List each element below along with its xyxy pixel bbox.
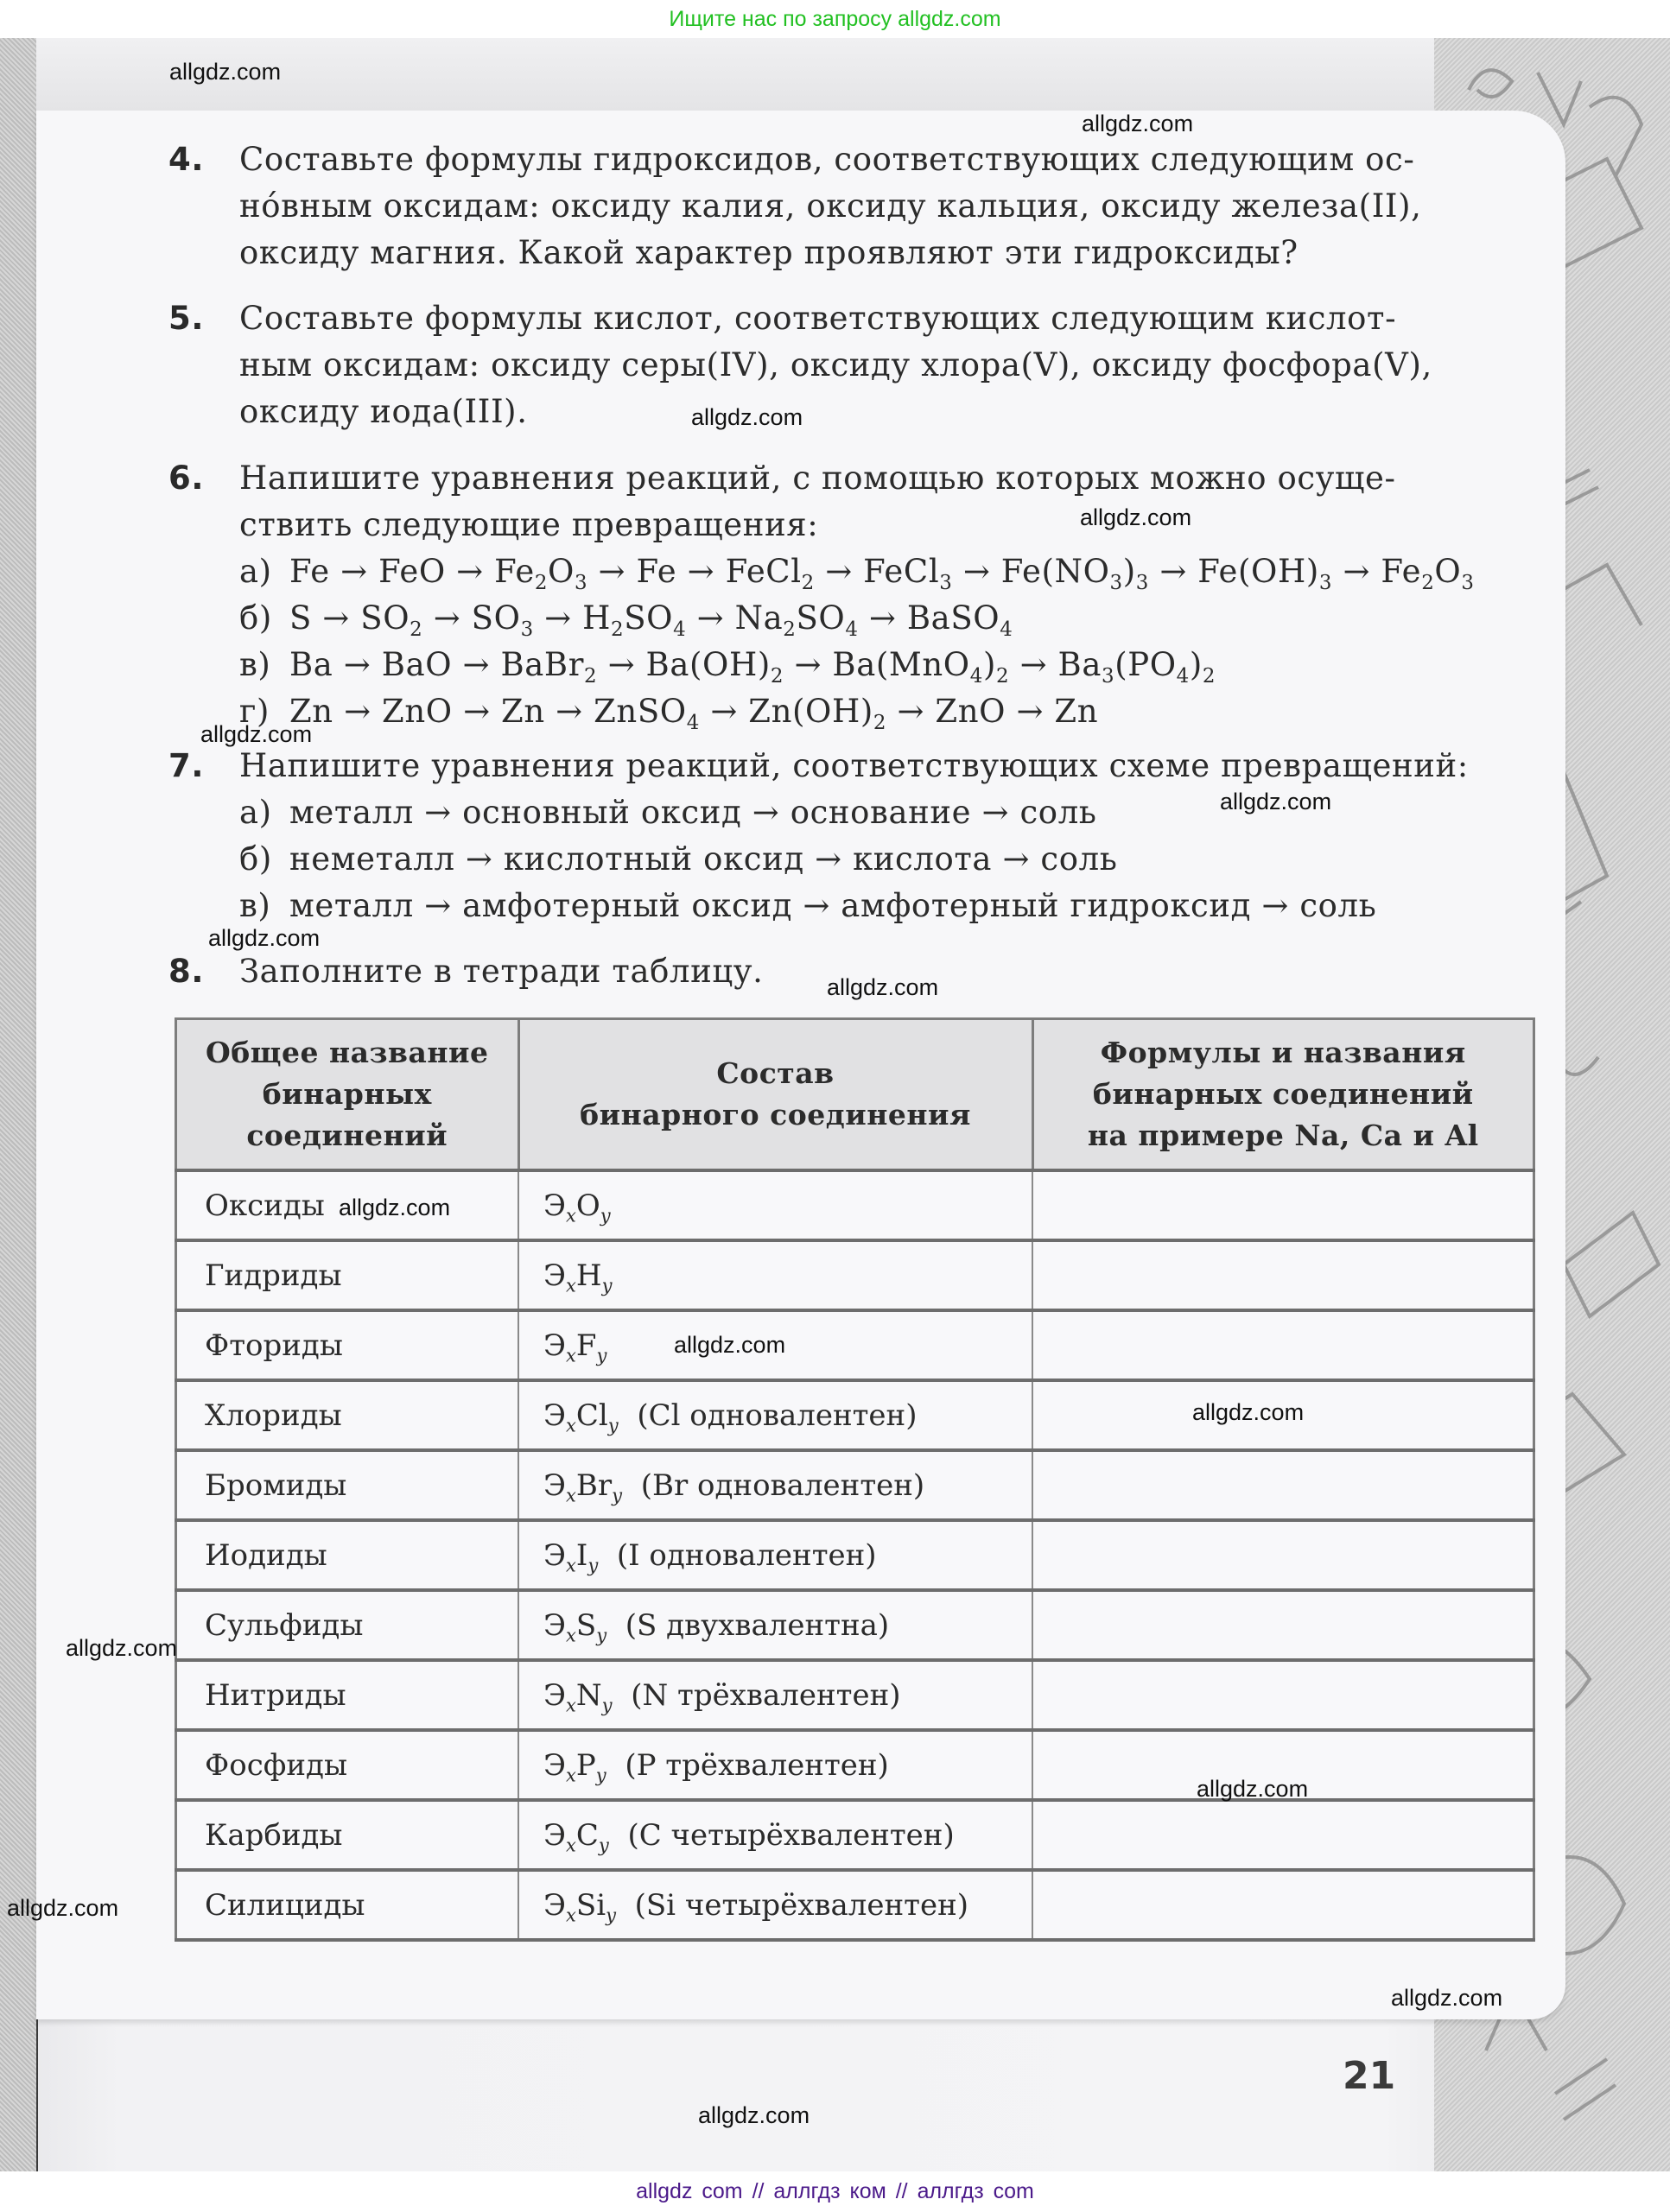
chain-label: а): [239, 548, 289, 595]
watermark: allgdz.com: [1080, 504, 1191, 531]
answer-cell: [1032, 1660, 1534, 1730]
task-text-line: Напишите уравнения реакций, соответствую…: [239, 743, 1542, 789]
top-promo-banner[interactable]: Ищите нас по запросу allgdz.com: [0, 0, 1670, 38]
task-number: 6.: [168, 455, 204, 502]
task-number: 4.: [168, 136, 204, 183]
composition-formula: ЭxPy (P трёхвалентен): [518, 1730, 1032, 1800]
answer-cell: [1032, 1800, 1534, 1870]
composition-formula: ЭxBry (Br одновалентен): [518, 1450, 1032, 1520]
chain-steps: S → SO2 → SO3 → H2SO4 → Na2SO4 → BaSO4: [289, 599, 1013, 637]
chain-item: б)S → SO2 → SO3 → H2SO4 → Na2SO4 → BaSO4: [239, 595, 1542, 642]
chain-steps: Zn → ZnO → Zn → ZnSO4 → Zn(OH)2 → ZnO → …: [289, 693, 1098, 730]
table-row: НитридыЭxNy (N трёхвалентен): [176, 1660, 1534, 1730]
reaction-chains: а)Fe → FeO → Fe2O3 → Fe → FeCl2 → FeCl3 …: [239, 548, 1542, 735]
watermark: allgdz.com: [1391, 1985, 1502, 2012]
watermark: allgdz.com: [674, 1332, 785, 1359]
watermark: allgdz.com: [1082, 111, 1193, 137]
compound-class-name: Силициды: [176, 1870, 519, 1940]
composition-formula: ЭxCly (Cl одновалентен): [518, 1380, 1032, 1450]
compound-class-name: Бромиды: [176, 1450, 519, 1520]
chain-item: в)Ba → BaO → BaBr2 → Ba(OH)2 → Ba(MnO4)2…: [239, 642, 1542, 688]
table-row: КарбидыЭxCy (C четырёхвалентен): [176, 1800, 1534, 1870]
composition-formula: ЭxSiy (Si четырёхвалентен): [518, 1870, 1032, 1940]
watermark: allgdz.com: [66, 1635, 177, 1662]
answer-cell: [1032, 1170, 1534, 1240]
composition-formula: ЭxOy: [518, 1170, 1032, 1240]
table-row: ХлоридыЭxCly (Cl одновалентен): [176, 1380, 1534, 1450]
watermark: allgdz.com: [169, 59, 281, 86]
watermark: allgdz.com: [698, 2102, 810, 2129]
task-4: 4. Составьте формулы гидроксидов, соотве…: [168, 136, 1542, 276]
table-row: ИодидыЭxIy (I одновалентен): [176, 1520, 1534, 1590]
watermark: allgdz.com: [339, 1195, 450, 1221]
answer-cell: [1032, 1870, 1534, 1940]
header-line: бинарного соединения: [529, 1094, 1023, 1136]
composition-formula: ЭxCy (C четырёхвалентен): [518, 1800, 1032, 1870]
header-line: Состав: [529, 1053, 1023, 1094]
header-general-name: Общее названиебинарныхсоединений: [176, 1019, 519, 1171]
chain-label: в): [239, 642, 289, 688]
watermark: allgdz.com: [691, 404, 803, 431]
chain-steps: металл → амфотерный оксид → амфотерный г…: [289, 887, 1376, 924]
composition-formula: ЭxHy: [518, 1240, 1032, 1310]
composition-formula: ЭxIy (I одновалентен): [518, 1520, 1032, 1590]
task-number: 5.: [168, 295, 204, 342]
chain-steps: неметалл → кислотный оксид → кислота → с…: [289, 840, 1117, 878]
page-number: 21: [1343, 2054, 1395, 2098]
watermark: allgdz.com: [208, 925, 320, 952]
header-formulas-examples: Формулы и названиябинарных соединенийна …: [1032, 1019, 1534, 1171]
task-text-line: Составьте формулы кислот, соответствующи…: [239, 295, 1542, 342]
answer-cell: [1032, 1240, 1534, 1310]
task-number: 7.: [168, 743, 204, 789]
chain-label: а): [239, 789, 289, 836]
compound-class-name: Фосфиды: [176, 1730, 519, 1800]
table-row: СульфидыЭxSy (S двухвалентна): [176, 1590, 1534, 1660]
header-line: Общее название: [186, 1032, 509, 1074]
table-row: ГидридыЭxHy: [176, 1240, 1534, 1310]
composition-formula: ЭxNy (N трёхвалентен): [518, 1660, 1032, 1730]
chain-item: а)Fe → FeO → Fe2O3 → Fe → FeCl2 → FeCl3 …: [239, 548, 1542, 595]
scheme-chains: а)металл → основный оксид → основание → …: [239, 789, 1542, 929]
chain-steps: Ba → BaO → BaBr2 → Ba(OH)2 → Ba(MnO4)2 →…: [289, 646, 1216, 683]
task-text-line: ным оксидам: оксиду серы(IV), оксиду хло…: [239, 342, 1542, 389]
chain-item: а)металл → основный оксид → основание → …: [239, 789, 1542, 836]
watermark: allgdz.com: [7, 1895, 118, 1922]
chain-steps: Fe → FeO → Fe2O3 → Fe → FeCl2 → FeCl3 → …: [289, 553, 1475, 590]
chain-label: б): [239, 595, 289, 642]
task-text-line: оксиду магния. Какой характер проявляют …: [239, 230, 1542, 276]
composition-formula: ЭxSy (S двухвалентна): [518, 1590, 1032, 1660]
table-row: ФосфидыЭxPy (P трёхвалентен): [176, 1730, 1534, 1800]
compound-class-name: Нитриды: [176, 1660, 519, 1730]
compound-class-name: Сульфиды: [176, 1590, 519, 1660]
chain-item: в)металл → амфотерный оксид → амфотерный…: [239, 883, 1542, 929]
task-number: 8.: [168, 948, 204, 995]
answer-cell: [1032, 1310, 1534, 1380]
header-line: Формулы и названия: [1043, 1032, 1525, 1074]
header-line: соединений: [186, 1115, 509, 1157]
table-row: СилицидыЭxSiy (Si четырёхвалентен): [176, 1870, 1534, 1940]
header-composition: Составбинарного соединения: [518, 1019, 1032, 1171]
table-row: БромидыЭxBry (Br одновалентен): [176, 1450, 1534, 1520]
task-5: 5. Составьте формулы кислот, соответству…: [168, 295, 1542, 435]
compound-class-name: Иодиды: [176, 1520, 519, 1590]
compound-class-name: Фториды: [176, 1310, 519, 1380]
task-text-line: Составьте формулы гидроксидов, соответст…: [239, 136, 1542, 183]
task-text-line: ствить следующие превращения:: [239, 502, 1542, 548]
binary-compounds-table: Общее названиебинарныхсоединений Составб…: [175, 1017, 1535, 1942]
watermark: allgdz.com: [1192, 1399, 1304, 1426]
answer-cell: [1032, 1450, 1534, 1520]
table-header-row: Общее названиебинарныхсоединений Составб…: [176, 1019, 1534, 1171]
compound-class-name: Хлориды: [176, 1380, 519, 1450]
task-text-line: Напишите уравнения реакций, с помощью ко…: [239, 455, 1542, 502]
task-text-line: но́вным оксидам: оксиду калия, оксиду ка…: [239, 183, 1542, 230]
watermark: allgdz.com: [200, 721, 312, 748]
chain-label: б): [239, 836, 289, 883]
header-line: на примере Na, Ca и Al: [1043, 1115, 1525, 1157]
chain-label: в): [239, 883, 289, 929]
task-7: 7. Напишите уравнения реакций, соответст…: [168, 743, 1542, 929]
book-spine-edge: [0, 38, 38, 2171]
chain-item: г)Zn → ZnO → Zn → ZnSO4 → Zn(OH)2 → ZnO …: [239, 688, 1542, 735]
task-text-line: оксиду иода(III).: [239, 389, 1542, 435]
watermark: allgdz.com: [1197, 1776, 1308, 1803]
header-line: бинарных соединений: [1043, 1074, 1525, 1115]
table-row: ФторидыЭxFy: [176, 1310, 1534, 1380]
answer-cell: [1032, 1590, 1534, 1660]
chain-steps: металл → основный оксид → основание → со…: [289, 794, 1097, 831]
watermark: allgdz.com: [1220, 789, 1331, 815]
compound-class-name: Карбиды: [176, 1800, 519, 1870]
answer-cell: [1032, 1520, 1534, 1590]
task-6: 6. Напишите уравнения реакций, с помощью…: [168, 455, 1542, 735]
watermark: allgdz.com: [827, 974, 938, 1001]
chain-item: б)неметалл → кислотный оксид → кислота →…: [239, 836, 1542, 883]
header-line: бинарных: [186, 1074, 509, 1115]
compound-class-name: Гидриды: [176, 1240, 519, 1310]
bottom-promo-banner[interactable]: allgdz com // аллгдз ком // аллгдз com: [0, 2171, 1670, 2212]
